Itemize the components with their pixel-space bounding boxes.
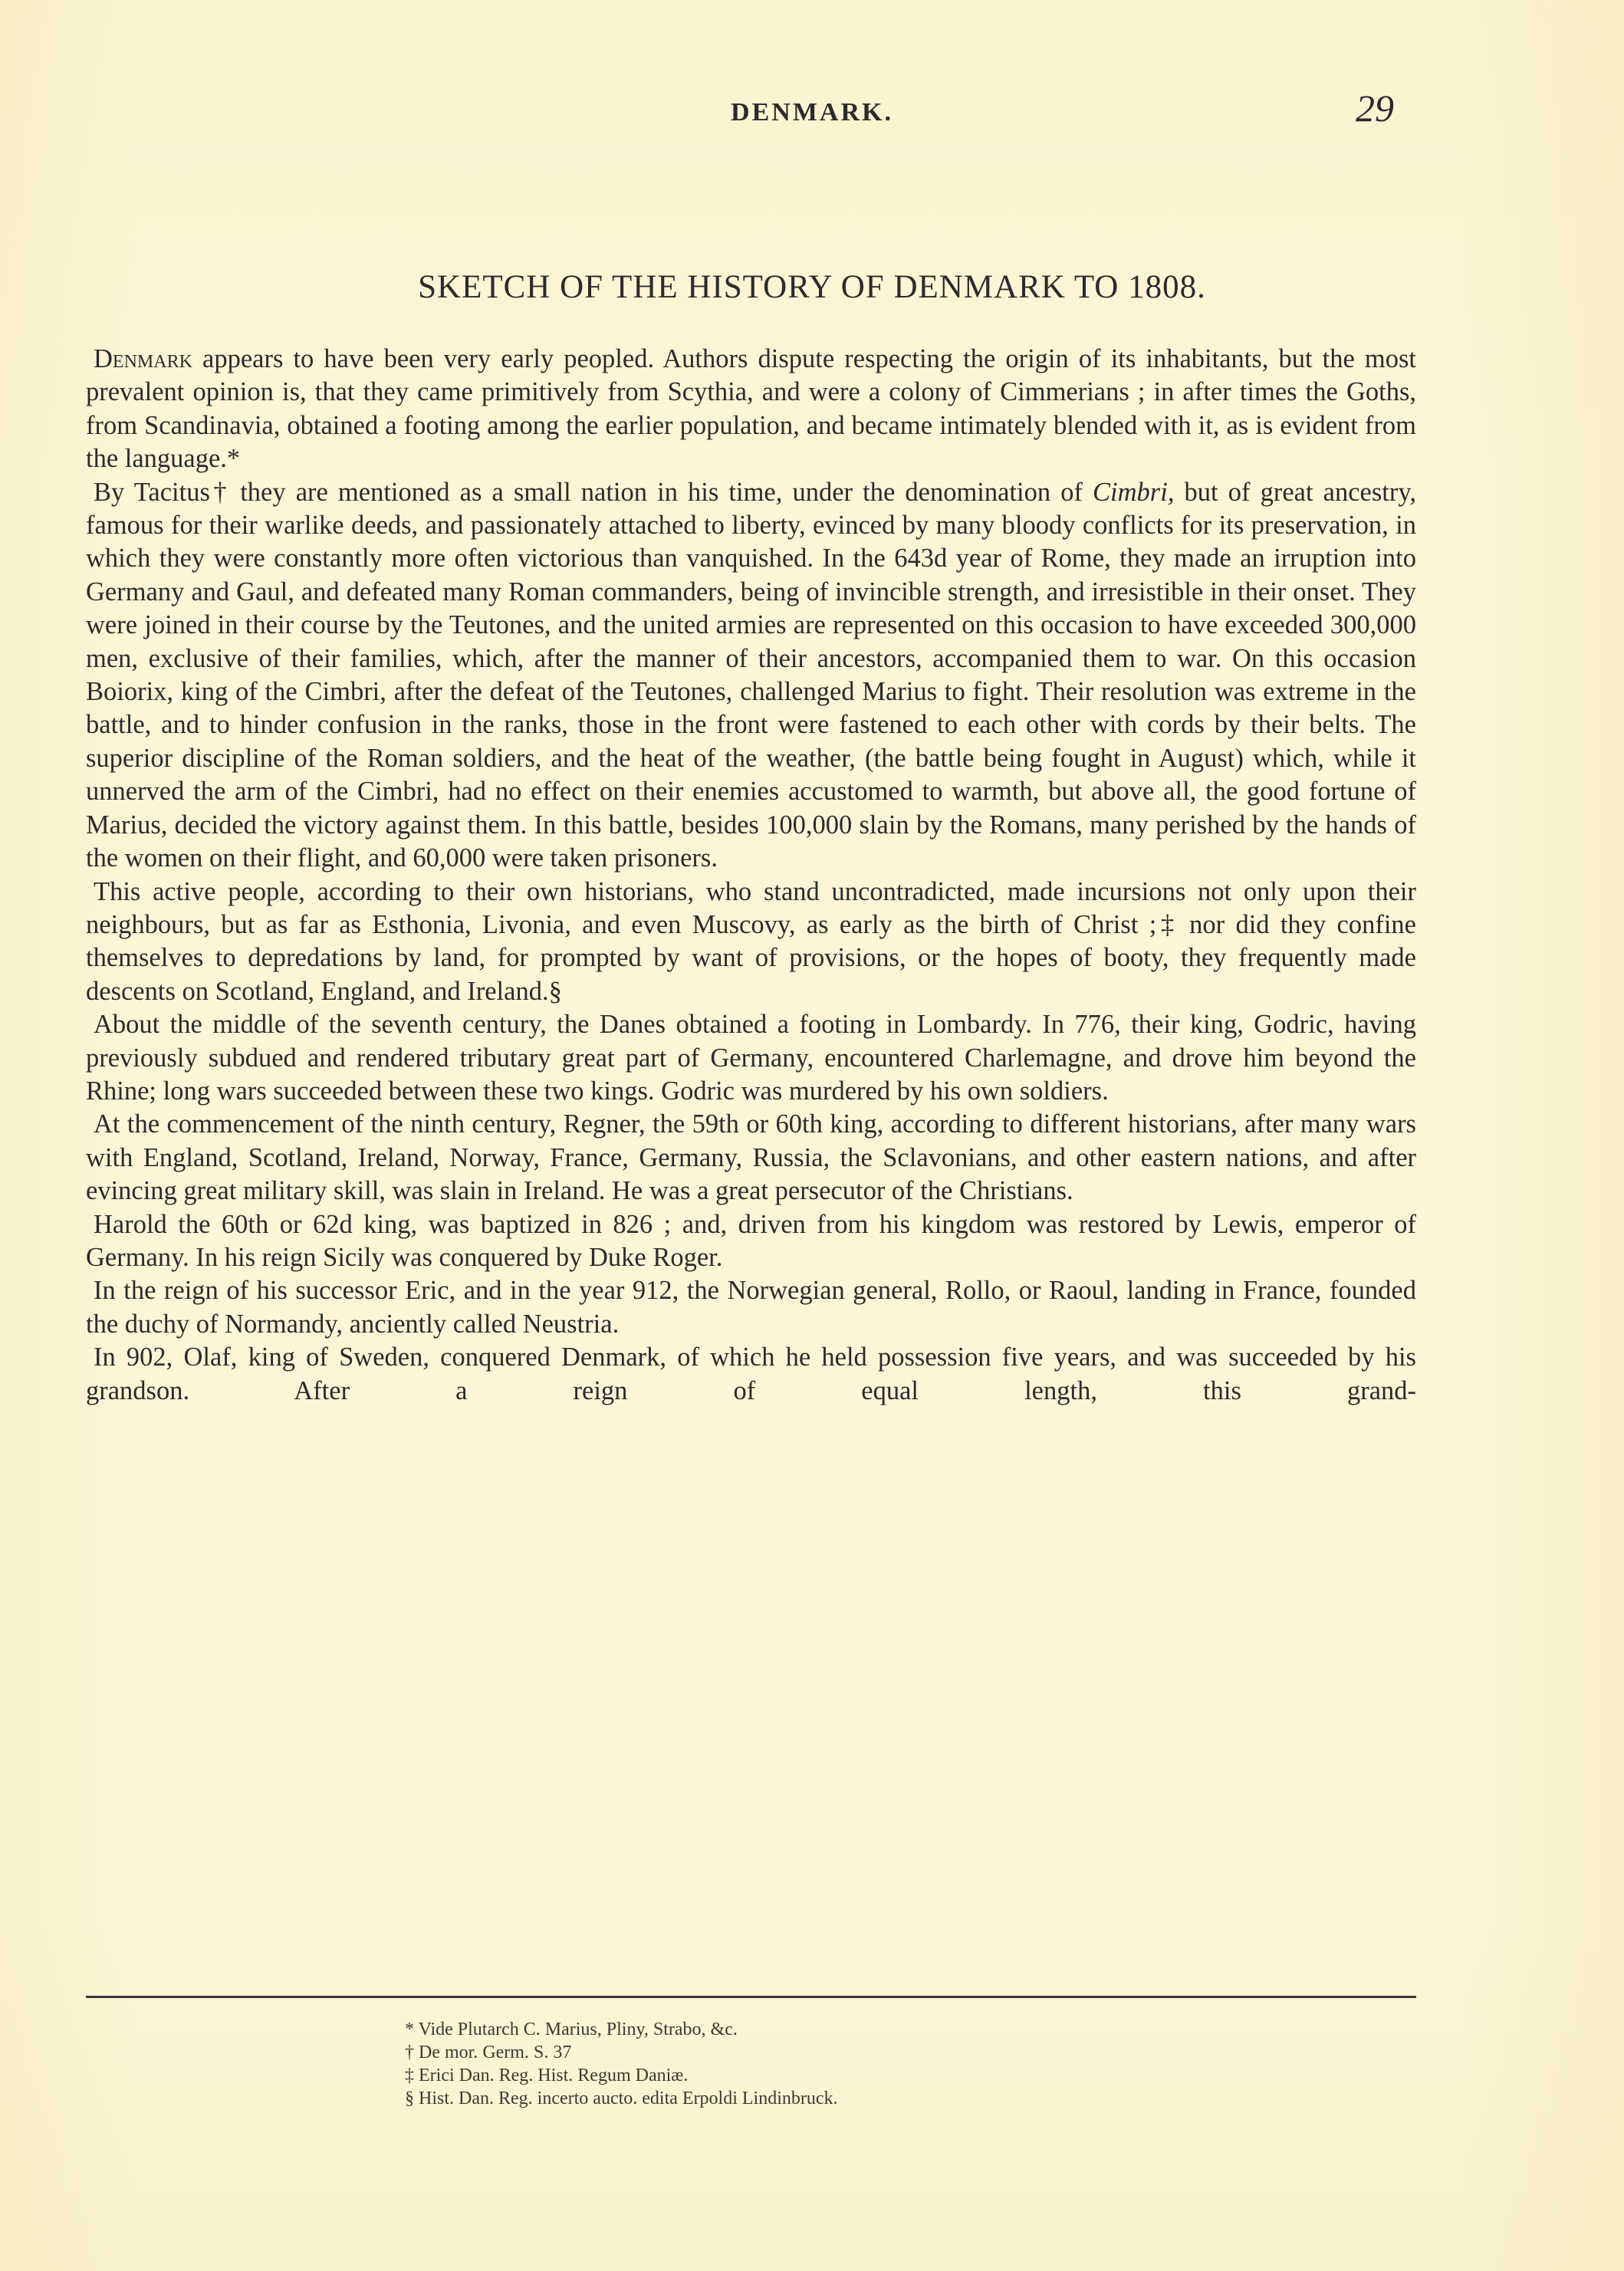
paragraph-8: In 902, Olaf, king of Sweden, conquered … [86,1341,1416,1408]
paragraph-text: but of great ancestry, famous for their … [86,478,1416,873]
footnote-rule [86,1996,1416,1998]
paragraph-4: About the middle of the seventh century,… [86,1008,1416,1108]
paragraph-text-pre: By Tacitus† they are mentioned as a smal… [94,478,1093,507]
paragraph-7: In the reign of his successor Eric, and … [86,1274,1416,1341]
footnote-1: * Vide Plutarch C. Marius, Pliny, Strabo… [405,2018,1248,2041]
italic-term: Cimbri, [1093,478,1174,507]
chapter-title: SKETCH OF THE HISTORY OF DENMARK TO 1808… [0,268,1624,306]
paragraph-3: This active people, according to their o… [86,876,1416,1009]
paragraph-5: At the commencement of the ninth century… [86,1108,1416,1208]
paragraph-2: By Tacitus† they are mentioned as a smal… [86,476,1416,876]
page-number: 29 [1356,86,1394,130]
paragraph-text: appears to have been very early peopled.… [86,344,1416,473]
footnote-3: ‡ Erici Dan. Reg. Hist. Regum Daniæ. [405,2064,1248,2087]
paragraph-1: Denmark appears to have been very early … [86,343,1416,476]
footnote-4: § Hist. Dan. Reg. incerto aucto. edita E… [405,2087,1248,2110]
footnote-2: † De mor. Germ. S. 37 [405,2041,1248,2064]
body-text: Denmark appears to have been very early … [86,343,1416,1408]
paragraph-6: Harold the 60th or 62d king, was baptize… [86,1208,1416,1275]
lead-word: Denmark [94,344,192,373]
footnotes: * Vide Plutarch C. Marius, Pliny, Strabo… [405,2018,1248,2110]
